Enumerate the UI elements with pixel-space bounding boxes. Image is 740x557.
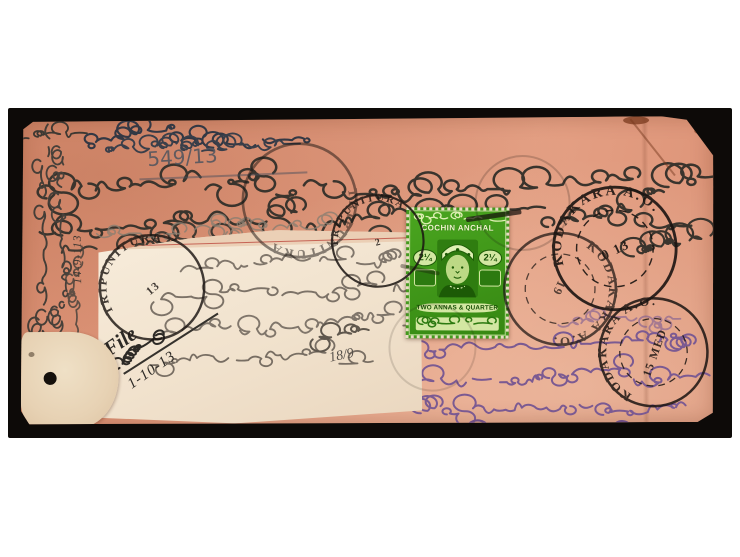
handwriting-purple-4 xyxy=(426,424,684,454)
handwriting-purple-3 xyxy=(419,394,689,428)
svg-text:19: 19 xyxy=(550,279,569,298)
label-signature-squiggle xyxy=(310,323,371,351)
handwriting-purple-5 xyxy=(556,312,686,335)
stamp-value-left: 2¼ xyxy=(413,249,437,266)
left-margin-date: 14-9-113 xyxy=(72,210,84,284)
paper-speck xyxy=(28,352,34,357)
stamp-value-right: 2¼ xyxy=(478,250,502,267)
damaged-corner-patch xyxy=(20,332,119,429)
registry-number: 549/13 xyxy=(147,143,219,171)
maharaja-portrait-icon xyxy=(437,237,478,299)
cover-photo: 14-9-113 549/13 18/9 File xyxy=(8,108,732,438)
address-label: 18/9 File 1-10-13 xyxy=(90,226,429,428)
handwriting-right-curls xyxy=(632,234,712,274)
auction-scan-page: 14-9-113 549/13 18/9 File xyxy=(0,0,740,557)
stamp-shield-right-icon xyxy=(479,270,501,287)
ink-smudge-2 xyxy=(694,128,704,134)
envelope-back: 14-9-113 549/13 18/9 File xyxy=(19,116,715,426)
punch-hole xyxy=(44,372,57,385)
